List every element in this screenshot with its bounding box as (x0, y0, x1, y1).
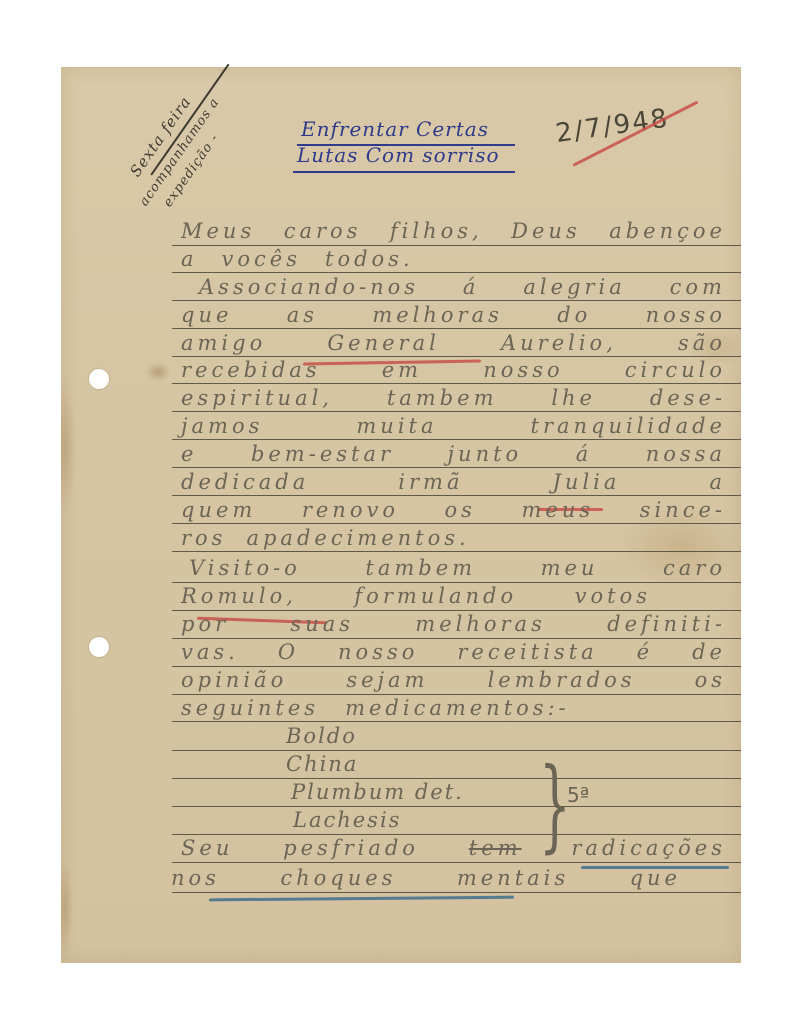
word: meu (541, 556, 599, 580)
word: e (181, 442, 197, 466)
word: nos (171, 866, 220, 890)
word: melhoras (415, 612, 546, 636)
body-line-15: por suas melhoras definiti- (181, 612, 726, 636)
ruled-line (172, 523, 741, 524)
word: nosso (483, 358, 563, 382)
word: a (709, 470, 726, 494)
letter-date: 2/7/948 (554, 103, 671, 149)
body-line-10: dedicada irmã Julia a (181, 470, 726, 494)
ruled-line (172, 328, 741, 329)
word: vas. (181, 640, 239, 664)
body-line-8: jamos muita tranquilidade (181, 414, 726, 438)
word: nosso (338, 640, 418, 664)
word: Seu (181, 836, 233, 860)
word: dese- (650, 386, 726, 410)
word: á (576, 442, 593, 466)
word: filhos, (390, 219, 483, 243)
word: sejam (346, 668, 428, 692)
ruled-line (172, 439, 741, 440)
word: Associando-nos (199, 275, 419, 299)
word: espiritual, (181, 386, 333, 410)
body-line-2: a vocês todos. (181, 247, 726, 271)
body-line-12: ros apadecimentos. (181, 526, 726, 550)
body-line-16: vas. O nosso receitista é de (181, 640, 726, 664)
word: todos. (325, 247, 414, 271)
medication-lachesis: Lachesis (293, 808, 401, 832)
closing-line-1: Seu pesfriado tem radicações (181, 836, 726, 860)
ruled-line (172, 300, 741, 301)
word: irmã (398, 470, 463, 494)
word: opinião (181, 668, 287, 692)
letter-paper: Sexta feira acompanhamos a expedição - E… (61, 67, 741, 963)
ruled-line (172, 551, 741, 552)
word: dedicada (181, 470, 309, 494)
ruled-line (172, 467, 741, 468)
body-line-13: Visito-o tambem meu caro (189, 556, 726, 580)
ruled-line (172, 272, 741, 273)
word: que (181, 303, 232, 327)
body-line-14: Romulo, formulando votos (181, 584, 651, 608)
word: alegria (523, 275, 625, 299)
body-line-5: amigo General Aurelio, são (181, 331, 726, 355)
dosage-label: 5ª (567, 783, 589, 807)
word: lembrados (488, 668, 636, 692)
word: abençoe (609, 219, 726, 243)
word: mentais (457, 866, 569, 890)
word: em (382, 358, 422, 382)
word: radicações (571, 836, 726, 860)
body-line-3: Associando-nos á alegria com (199, 275, 726, 299)
word: caros (284, 219, 362, 243)
word: vocês (222, 247, 301, 271)
ruled-line (172, 750, 741, 751)
word: caro (663, 556, 726, 580)
word: renovo (302, 498, 399, 522)
word: Aurelio, (501, 331, 617, 355)
word: lhe (551, 386, 596, 410)
word: de (692, 640, 726, 664)
word: suas (290, 612, 354, 636)
word: tambem (387, 386, 498, 410)
word: tambem (365, 556, 476, 580)
punch-hole-bottom (89, 637, 109, 657)
word: amigo (181, 331, 266, 355)
body-line-6: recebidas em nosso circulo (181, 358, 726, 382)
word: os (445, 498, 476, 522)
body-line-11: quem renovo os meus since- (181, 498, 726, 522)
word: muita (356, 414, 437, 438)
body-line-9: e bem-estar junto á nossa (181, 442, 726, 466)
body-line-1: Meus caros filhos, Deus abençoe (181, 219, 726, 243)
word: as (287, 303, 318, 327)
word: Julia (553, 470, 621, 494)
word: votos (575, 584, 651, 608)
medication-china: China (286, 752, 358, 776)
punch-hole-top (89, 369, 109, 389)
word: bem-estar (251, 442, 394, 466)
word-struck: tem (469, 836, 522, 860)
word: Deus (511, 219, 581, 243)
word: pesfriado (283, 836, 419, 860)
word: é (637, 640, 653, 664)
word: Romulo, (181, 584, 297, 608)
word: medicamentos:- (345, 696, 570, 720)
word: apadecimentos. (246, 526, 469, 550)
word: os (695, 668, 726, 692)
ruled-line (172, 411, 741, 412)
body-line-7: espiritual, tambem lhe dese- (181, 386, 726, 410)
word: seguintes (181, 696, 319, 720)
body-line-18: seguintes medicamentos:- (181, 696, 726, 720)
word: á (463, 275, 480, 299)
ruled-line (172, 383, 741, 384)
ruled-line (172, 806, 741, 807)
ruled-line (172, 721, 741, 722)
word: são (678, 331, 726, 355)
word: jamos (181, 414, 263, 438)
body-line-4: que as melhoras do nosso (181, 303, 726, 327)
word: Meus (181, 219, 255, 243)
word: recebidas (181, 358, 321, 382)
word: receitista (457, 640, 597, 664)
word: ros (181, 526, 226, 550)
word: nosso (646, 303, 726, 327)
letter-title-line1: Enfrentar Certas (301, 117, 489, 141)
word: meus (521, 498, 594, 522)
word: circulo (625, 358, 726, 382)
ruled-line (172, 862, 741, 863)
ruled-line (172, 495, 741, 496)
word: O (278, 640, 299, 664)
word: definiti- (607, 612, 726, 636)
word: nossa (646, 442, 726, 466)
word: que (630, 866, 681, 890)
word: junto (448, 442, 523, 466)
word: por (181, 612, 229, 636)
ruled-line (172, 892, 741, 893)
letter-title-line2: Lutas Com sorriso (297, 143, 500, 167)
choques-mentais-blue-underline (209, 896, 514, 902)
word: com (670, 275, 726, 299)
word: General (327, 331, 439, 355)
word: do (557, 303, 591, 327)
closing-line-2: nos choques mentais que (171, 866, 681, 890)
medication-plumbum: Plumbum det. (291, 780, 464, 804)
word: a (181, 247, 198, 271)
word: melhoras (372, 303, 503, 327)
word: quem (181, 498, 256, 522)
word: tranquilidade (531, 414, 726, 438)
word: formulando (354, 584, 517, 608)
word: since- (640, 498, 726, 522)
word: Visito-o (189, 556, 301, 580)
title-underline-2 (293, 171, 515, 173)
word: choques (280, 866, 396, 890)
body-line-17: opinião sejam lembrados os (181, 668, 726, 692)
medication-boldo: Boldo (286, 724, 357, 748)
